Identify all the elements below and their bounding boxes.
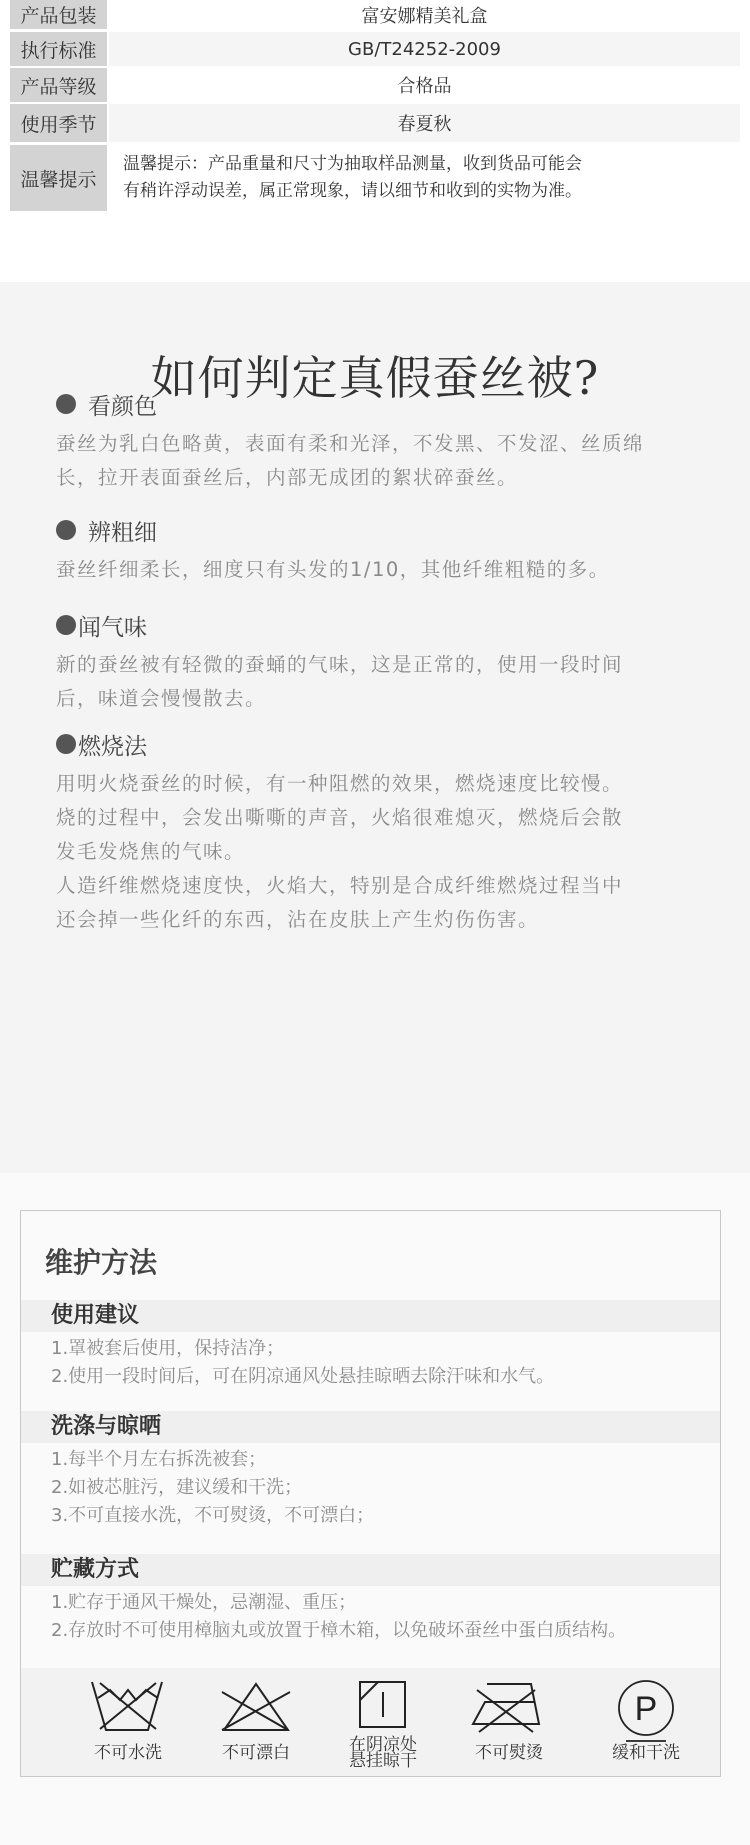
spec-value-notice: 温馨提示：产品重量和尺寸为抽取样品测量，收到货品可能会 有稍许浮动误差，属正常现… — [109, 145, 740, 211]
spec-value: GB/T24252-2009 — [109, 32, 740, 66]
bullet-icon — [56, 615, 76, 635]
care-box: 维护方法 使用建议 1.罩被套后使用，保持洁净； 2.使用一段时间后，可在阴凉通… — [20, 1210, 721, 1777]
icon-label: 悬挂晾干 — [323, 1752, 443, 1770]
method-fineness: 辨粗细 蚕丝纤细柔长，细度只有头发的1/10，其他纤维粗糙的多。 — [56, 513, 696, 587]
spec-key: 执行标准 — [10, 32, 107, 66]
method-heading: 闻气味 — [56, 608, 696, 642]
method-title: 燃烧法 — [78, 728, 147, 761]
body-line: 烧的过程中，会发出嘶嘶的声音，火焰很难熄灭，燃烧后会散 — [56, 801, 696, 835]
care-heading-usage: 使用建议 — [21, 1300, 720, 1332]
notice-line: 温馨提示：产品重量和尺寸为抽取样品测量，收到货品可能会 — [123, 151, 582, 178]
method-heading: 看颜色 — [56, 387, 696, 421]
method-heading: 燃烧法 — [56, 727, 696, 761]
bullet-icon — [56, 520, 76, 540]
care-heading-wash: 洗涤与晾晒 — [21, 1411, 720, 1443]
line-dry-shade-icon — [358, 1680, 408, 1730]
body-line: 发毛发烧焦的气味。 — [56, 835, 696, 869]
care-list-storage: 1.贮存于通风干燥处，忌潮湿、重压； 2.存放时不可使用樟脑丸或放置于樟木箱，以… — [51, 1589, 711, 1645]
method-title: 闻气味 — [78, 609, 147, 642]
body-line: 后，味道会慢慢散去。 — [56, 682, 696, 716]
body-line: 新的蚕丝被有轻微的蚕蛹的气味，这是正常的，使用一段时间 — [56, 648, 696, 682]
no-iron-icon — [471, 1680, 547, 1734]
care-icon-dry-clean: P 缓和干洗 — [586, 1668, 706, 1776]
method-heading: 辨粗细 — [56, 513, 696, 547]
method-body: 新的蚕丝被有轻微的蚕蛹的气味，这是正常的，使用一段时间 后，味道会慢慢散去。 — [56, 648, 696, 716]
gentle-dry-clean-icon: P — [616, 1680, 676, 1744]
identify-section: 如何判定真假蚕丝被? 看颜色 蚕丝为乳白色略黄，表面有柔和光泽，不发黑、不发涩、… — [0, 282, 750, 1173]
bullet-icon — [56, 394, 76, 414]
spec-row-standard: 执行标准 GB/T24252-2009 — [10, 32, 740, 66]
care-item: 2.使用一段时间后，可在阴凉通风处悬挂晾晒去除汗味和水气。 — [51, 1363, 711, 1391]
method-color: 看颜色 蚕丝为乳白色略黄，表面有柔和光泽，不发黑、不发涩、丝质绵 长，拉开表面蚕… — [56, 387, 696, 495]
care-icon-no-wash: 不可水洗 — [68, 1668, 188, 1776]
spec-key: 使用季节 — [10, 104, 107, 142]
spec-row-season: 使用季节 春夏秋 — [10, 104, 740, 142]
spec-value: 春夏秋 — [109, 104, 740, 142]
spec-row-grade: 产品等级 合格品 — [10, 68, 740, 102]
notice-line: 有稍许浮动误差，属正常现象，请以细节和收到的实物为准。 — [123, 178, 582, 205]
no-wash-icon — [90, 1680, 166, 1734]
care-item: 1.每半个月左右拆洗被套； — [51, 1446, 711, 1474]
body-line: 用明火烧蚕丝的时候，有一种阻燃的效果，燃烧速度比较慢。 — [56, 767, 696, 801]
care-item: 1.罩被套后使用，保持洁净； — [51, 1335, 711, 1363]
care-item: 2.如被芯脏污，建议缓和干洗； — [51, 1474, 711, 1502]
body-line: 长，拉开表面蚕丝后，内部无成团的絮状碎蚕丝。 — [56, 461, 696, 495]
bullet-icon — [56, 734, 76, 754]
no-bleach-icon — [218, 1680, 294, 1734]
spec-key: 温馨提示 — [10, 145, 107, 211]
icon-label: 缓和干洗 — [586, 1744, 706, 1762]
care-icon-no-iron: 不可熨烫 — [449, 1668, 569, 1776]
method-body: 蚕丝纤细柔长，细度只有头发的1/10，其他纤维粗糙的多。 — [56, 553, 696, 587]
spec-row-notice: 温馨提示 温馨提示：产品重量和尺寸为抽取样品测量，收到货品可能会 有稍许浮动误差… — [10, 145, 740, 211]
care-icons-strip: 不可水洗 不可漂白 在阴凉处 悬挂晾干 — [21, 1668, 720, 1776]
method-title: 看颜色 — [88, 388, 157, 421]
spec-row-packaging: 产品包装 富安娜精美礼盒 — [10, 0, 740, 29]
care-item: 2.存放时不可使用樟脑丸或放置于樟木箱，以免破坏蚕丝中蛋白质结构。 — [51, 1617, 711, 1645]
spec-value: 合格品 — [109, 68, 740, 102]
method-burn: 燃烧法 用明火烧蚕丝的时候，有一种阻燃的效果，燃烧速度比较慢。 烧的过程中，会发… — [56, 727, 696, 937]
icon-label: 不可熨烫 — [449, 1744, 569, 1762]
care-item: 3.不可直接水洗，不可熨烫，不可漂白； — [51, 1502, 711, 1530]
care-item: 1.贮存于通风干燥处，忌潮湿、重压； — [51, 1589, 711, 1617]
icon-label: 不可漂白 — [196, 1744, 316, 1762]
method-body: 蚕丝为乳白色略黄，表面有柔和光泽，不发黑、不发涩、丝质绵 长，拉开表面蚕丝后，内… — [56, 427, 696, 495]
icon-label: 不可水洗 — [68, 1744, 188, 1762]
care-icon-line-dry: 在阴凉处 悬挂晾干 — [323, 1668, 443, 1776]
care-list-wash: 1.每半个月左右拆洗被套； 2.如被芯脏污，建议缓和干洗； 3.不可直接水洗，不… — [51, 1446, 711, 1530]
body-line: 蚕丝为乳白色略黄，表面有柔和光泽，不发黑、不发涩、丝质绵 — [56, 427, 696, 461]
method-smell: 闻气味 新的蚕丝被有轻微的蚕蛹的气味，这是正常的，使用一段时间 后，味道会慢慢散… — [56, 608, 696, 716]
body-line: 人造纤维燃烧速度快，火焰大，特别是合成纤维燃烧过程当中 — [56, 869, 696, 903]
body-line: 还会掉一些化纤的东西，沾在皮肤上产生灼伤伤害。 — [56, 903, 696, 937]
care-title: 维护方法 — [45, 1241, 157, 1281]
care-heading-storage: 贮藏方式 — [21, 1554, 720, 1586]
svg-text:P: P — [635, 1690, 658, 1728]
care-list-usage: 1.罩被套后使用，保持洁净； 2.使用一段时间后，可在阴凉通风处悬挂晾晒去除汗味… — [51, 1335, 711, 1391]
spec-key: 产品等级 — [10, 68, 107, 102]
spec-key: 产品包装 — [10, 0, 107, 29]
spec-value: 富安娜精美礼盒 — [109, 0, 740, 29]
care-icon-no-bleach: 不可漂白 — [196, 1668, 316, 1776]
method-title: 辨粗细 — [88, 514, 157, 547]
body-line: 蚕丝纤细柔长，细度只有头发的1/10，其他纤维粗糙的多。 — [56, 553, 696, 587]
method-body: 用明火烧蚕丝的时候，有一种阻燃的效果，燃烧速度比较慢。 烧的过程中，会发出嘶嘶的… — [56, 767, 696, 937]
